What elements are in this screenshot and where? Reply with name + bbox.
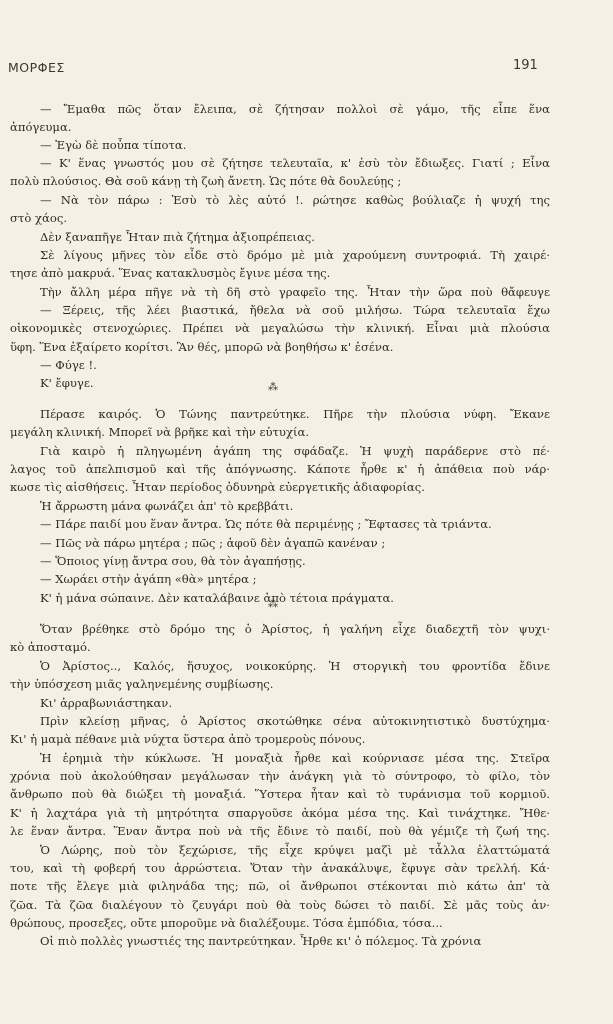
text-line: οἰκονομικὲς στενοχώριες. Πρέπει νὰ μεγαλ… (10, 319, 550, 337)
text-line: πολὺ πλούσιος. Θὰ σοῦ κάνῃ τὴ ζωὴ ἄνετη.… (10, 172, 550, 190)
text-line: — Πάρε παιδί μου ἕναν ἄντρα. Ὡς πότε θὰ … (40, 515, 550, 533)
text-line: Σὲ λίγους μῆνες τὸν εἶδε στὸ δρόμο μὲ μι… (40, 246, 550, 264)
text-line: μεγάλη κλινική. Μπορεῖ νὰ βρῆκε καὶ τὴν … (10, 423, 550, 441)
text-line: τησε ἀπὸ μακρυά. Ἕνας κατακλυσμὸς ἔγινε … (10, 264, 550, 282)
text-line: ἀπόγευμα. (10, 118, 550, 136)
text-line: — Κ' ἕνας γνωστός μου σὲ ζήτησε τελευταῖ… (40, 154, 550, 172)
text-line: Οἱ πιὸ πολλὲς γνωστιές της παντρεύτηκαν.… (40, 932, 550, 950)
text-line: Τὴν ἄλλη μέρα πῆγε νὰ τὴ δῆ στὸ γραφεῖο … (40, 283, 550, 301)
text-line: θρώπους, προσεξες, οὔτε μποροῦμε νὰ διαλ… (10, 914, 550, 932)
text-line: — Πῶς νὰ πάρω μητέρα ; πῶς ; ἀφοῦ δὲν ἀγ… (40, 534, 550, 552)
text-line: ζῶα. Τὰ ζῶα διαλέγουν τὸ ζευγάρι ποὺ θὰ … (10, 896, 550, 914)
text-line: — Φύγε !. (40, 356, 550, 374)
text-line: τὴν ὑπόσχεση μιᾶς γαληνεμένης συμβίωσης. (10, 675, 550, 693)
text-line: κωσε τὶς αἰσθήσεις. Ἦταν περίοδος ὀδυνηρ… (10, 478, 550, 496)
text-line: λαγος τοῦ ἀπελπισμοῦ καὶ τῆς ἀπόγνωσης. … (10, 460, 550, 478)
text-line: ποτε τῆς ἔλεγε μιὰ φιληνάδα της; πῶ, οἱ … (10, 877, 550, 895)
text-line: — Ἐγὼ δὲ ποὖπα τίποτα. (40, 136, 550, 154)
text-line: Πρὶν κλείσῃ μῆνας, ὁ Ἀρίστος σκοτώθηκε σ… (40, 712, 550, 730)
text-line: — Ὅποιος γίνῃ ἄντρα σου, θὰ τὸν ἀγαπήσῃς… (40, 552, 550, 570)
text-line: — Χωράει στὴν ἀγάπη «θὰ» μητέρα ; (40, 570, 550, 588)
text-line: Ὁ Λώρης, ποὺ τὸν ξεχώρισε, τῆς εἶχε κρύψ… (40, 841, 550, 859)
text-line: στὸ χάος. (10, 209, 550, 227)
text-line: λε ἕναν ἄντρα. Ἕναν ἄντρα ποὺ νὰ τῆς ἔδι… (10, 822, 550, 840)
text-line: — Ξέρεις, τῆς λέει βιαστικά, ἤθελα νὰ σο… (40, 301, 550, 319)
text-line: ὕφη. Ἕνα ἐξαίρετο κορίτσι. Ἂν θές, μπορῶ… (10, 338, 550, 356)
text-line: χρόνια ποὺ ἀκολούθησαν μεγάλωσαν τὴν ἀνά… (10, 767, 550, 785)
text-line: Πέρασε καιρός. Ὁ Τώνης παντρεύτηκε. Πῆρε… (40, 405, 550, 423)
text-line: Δὲν ξαναπῆγε Ἦταν πιὰ ζήτημα ἀξιοπρέπεια… (40, 228, 550, 246)
text-line: Κ' ἡ λαχτάρα γιὰ τὴ μητρότητα σπαργοῦσε … (10, 804, 550, 822)
text-line: ἄνθρωπο ποὺ θὰ διώξει τὴ μοναξιά. Ὕστερα… (10, 785, 550, 803)
text-line: Ἡ ἐρημιὰ τὴν κύκλωσε. Ἡ μοναξιὰ ἦρθε καὶ… (40, 749, 550, 767)
page-number: 191 (513, 58, 538, 73)
text-line: Γιὰ καιρὸ ἡ πληγωμένη ἀγάπη της σφάδαζε.… (40, 442, 550, 460)
text-line: Κ' ἡ μάνα σώπαινε. Δὲν καταλάβαινε ἀπὸ τ… (40, 589, 550, 607)
text-line: Ὁ Ἀρίστος.., Καλός, ἥσυχος, νοικοκύρης. … (40, 657, 550, 675)
running-title: ΜΟΡΦΕΣ (8, 60, 65, 75)
book-page: ΜΟΡΦΕΣ 191 ⁂ ⁂ — Ἔμαθα πῶς ὅταν ἔλειπα, … (0, 0, 613, 1024)
text-line: Κι' ἀρραβωνιάστηκαν. (40, 694, 550, 712)
text-line: Κ' ἔφυγε. (40, 374, 550, 392)
text-line: του, καὶ τὴ φοβερή του ἀρρώστεια. Ὅταν τ… (10, 859, 550, 877)
text-line: — Νὰ τὸν πάρω : Ἐσὺ τὸ λὲς αὐτό !. ρώτησ… (40, 191, 550, 209)
text-line: — Ἔμαθα πῶς ὅταν ἔλειπα, σὲ ζήτησαν πολλ… (40, 100, 550, 118)
text-line: Κι' ἡ μαμὰ πέθανε μιὰ νύχτα ὕστερα ἀπὸ τ… (10, 730, 550, 748)
text-line: Ἡ ἄρρωστη μάνα φωνάζει ἀπ' τὸ κρεββάτι. (40, 497, 550, 515)
text-line: κὸ ἀποσταμό. (10, 638, 550, 656)
text-line: Ὅταν βρέθηκε στὸ δρόμο της ὁ Ἀρίστος, ἡ … (40, 620, 550, 638)
